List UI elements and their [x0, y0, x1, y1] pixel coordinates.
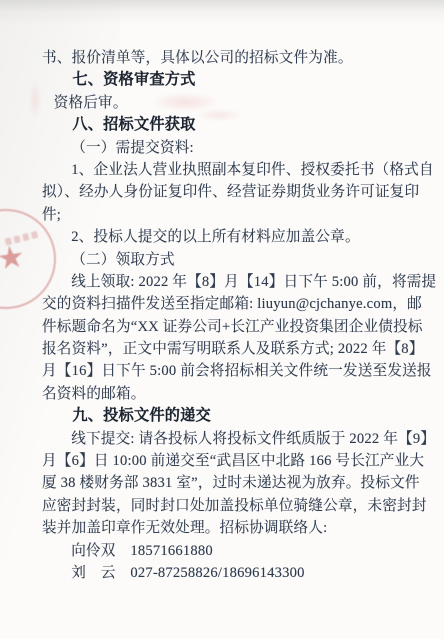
pink-scan-smudge — [28, 80, 42, 120]
online-pickup-line1: 线上领取: 2022 年【8】月【14】日下午 5:00 前，将需提 — [42, 271, 421, 293]
section7-body-line: 资格后审。 — [42, 92, 421, 114]
offline-submit-line3: 厦 38 楼财务部 3831 室”，过时未递达视为放弃。投标文件 — [42, 472, 421, 494]
materials-item1-line1: 1、企业法人营业执照副本复印件、授权委托书（格式自 — [42, 159, 421, 181]
seal-arc-text-marks — [3, 223, 45, 244]
required-materials-label: （一）需提交资料: — [42, 137, 421, 159]
contact-xiang-lingshuang: 向伶双 18571661880 — [42, 540, 421, 562]
section9-heading: 九、投标文件的递交 — [42, 405, 421, 427]
offline-submit-line2-address: 月【6】日 10:00 前递交至“武昌区中北路 166 号长江产业大 — [42, 450, 421, 472]
online-pickup-line3: 件标题命名为“XX 证券公司+长江产业投资集团企业债投标 — [42, 316, 421, 338]
online-pickup-line6: 名资料的邮箱。 — [42, 383, 421, 405]
materials-item1-line3: 件; — [42, 204, 421, 226]
offline-submit-line4: 应密封封装，同时封口处加盖投标单位骑缝公章，未密封封 — [42, 495, 421, 517]
materials-item1-line2: 拟）、经办人身份证复印件、经营证券期货业务许可证复印 — [42, 181, 421, 203]
online-pickup-line5: 月【16】日下午 5:00 前会将招标相关文件统一发送至发送报 — [42, 360, 421, 382]
star-icon: ★ — [0, 241, 27, 276]
online-pickup-line2-email: 交的资料扫描件发送至指定邮箱: liuyun@cjchanye.com，邮 — [42, 293, 421, 315]
section7-heading: 七、资格审查方式 — [42, 69, 421, 91]
pickup-method-label: （二）领取方式 — [42, 249, 421, 271]
scanner-edge-shadow-top — [0, 0, 444, 26]
scanned-tender-document-page: ★ 书、报价清单等，具体以公司的招标文件为准。 七、资格审查方式 资格后审。 八… — [0, 0, 444, 639]
contact-liu-yun: 刘 云 027-87258826/18696143300 — [42, 562, 421, 584]
offline-submit-line5: 装并加盖印章作无效处理。招标协调联络人: — [42, 517, 421, 539]
intro-tail-line: 书、报价清单等，具体以公司的招标文件为准。 — [42, 47, 421, 69]
materials-item2-line: 2、投标人提交的以上所有材料应加盖公章。 — [42, 226, 421, 248]
offline-submit-line1: 线下提交: 请各投标人将投标文件纸质版于 2022 年【9】 — [42, 428, 421, 450]
section8-heading: 八、招标文件获取 — [42, 114, 421, 136]
document-text-block: 书、报价清单等，具体以公司的招标文件为准。 七、资格审查方式 资格后审。 八、招… — [42, 47, 421, 584]
online-pickup-line4: 报名资料”，正文中需写明联系人及联系方式; 2022 年【8】 — [42, 338, 421, 360]
